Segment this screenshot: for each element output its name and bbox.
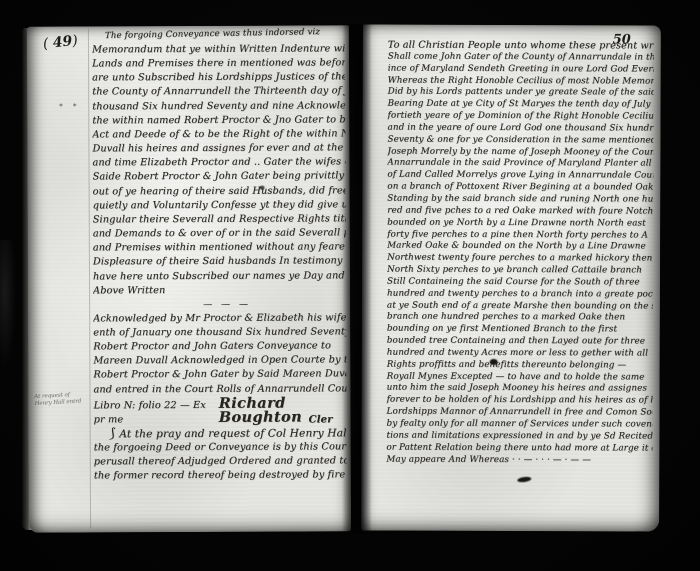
manuscript-line: Duvall his heires and assignes for ever … [92, 141, 345, 156]
ink-blot [260, 186, 265, 190]
manuscript-line: perusall thereof Adjudged Ordered and gr… [94, 454, 347, 469]
manuscript-line: Joseph Morrely by the name of Joseph Moo… [387, 146, 653, 159]
manuscript-line: forty five perches to a pine then North … [387, 229, 653, 242]
manuscript-line: Still Containeing the said Course for th… [387, 276, 653, 289]
manuscript-line: Act and Deede of & to be the Right of th… [92, 127, 345, 142]
manuscript-line: are unto Subscribed his Lordshipps Justi… [92, 71, 345, 86]
acknowledgment-paragraph: Acknowledged by Mr Proctor & Elizabeth h… [93, 311, 346, 397]
manuscript-line: bounded tree Containeing and then Layed … [387, 336, 653, 349]
manuscript-line: fortieth yeare of ye Dominion of the Rig… [388, 111, 654, 124]
manuscript-line: the within named Robert Proctor & Jno Ga… [92, 113, 345, 128]
manuscript-line: the forgoeing Deed or Conveyance is by t… [94, 440, 347, 455]
manuscript-line: bounded on ye North by a Line Drawne nor… [387, 217, 653, 230]
ink-marks: * * [59, 102, 80, 110]
manuscript-line: Memorandum that ye within Written Indent… [92, 42, 345, 57]
manuscript-line: To all Christian People unto whome these… [388, 40, 654, 53]
manuscript-line: out of ye hearing of theire said Husband… [93, 184, 346, 199]
left-page-text: Memorandum that ye within Written Indent… [92, 42, 347, 483]
microfilm-scan: 49 The forgoing Conveyance was thus indo… [0, 0, 700, 571]
manuscript-line: forever to be holden of his Lordshipp an… [387, 395, 653, 408]
manuscript-line: the former record thereof being destroye… [94, 469, 347, 484]
manuscript-line: Royall Mynes Excepted — to have and to h… [387, 371, 653, 384]
ink-blot [490, 359, 498, 365]
manuscript-line: Robert Proctor & John Gater by Said Mare… [93, 368, 346, 383]
manuscript-line: at ye South end of a greate Marshe then … [387, 300, 653, 313]
manuscript-line: At the pray and request of Col Henry Hal… [94, 426, 347, 441]
ink-blot [517, 476, 532, 483]
manuscript-line: unto him the said Joseph Mooney his heir… [387, 383, 653, 396]
right-page: 50 To all Christian People unto whome th… [361, 24, 661, 531]
manuscript-line: May appeare And Whereas · · — · · · — · … [386, 454, 652, 467]
manuscript-line: Robert Proctor and John Gaters Conveyanc… [93, 339, 346, 354]
manuscript-line: Acknowledged by Mr Proctor & Elizabeth h… [93, 311, 346, 326]
paragraph-flourish: — — — [93, 297, 346, 312]
margin-rule [88, 28, 91, 528]
manuscript-line: Mareen Duvall Acknowledged in Open Court… [93, 354, 346, 369]
manuscript-line: thousand Six hundred Seventy and nine Ac… [92, 99, 345, 114]
manuscript-line: bounding on ye first Mentioned Branch to… [387, 324, 653, 337]
manuscript-line: Marked Oake & bounded on the North by a … [387, 241, 653, 254]
manuscript-line: Displeasure of theire Said husbands In t… [93, 255, 346, 270]
manuscript-line: Lordshipps Mannor of Annarrundell in fre… [387, 407, 653, 420]
manuscript-line: hundred and twenty Acres more or less to… [387, 348, 653, 361]
manuscript-line: on a branch of Pottoxent River Begining … [387, 182, 653, 195]
manuscript-line: North Sixty perches to ye branch called … [387, 265, 653, 278]
manuscript-line: and Premises within mentioned without an… [93, 241, 346, 256]
right-page-text: To all Christian People unto whome these… [386, 40, 653, 467]
libro-folio-reference: Libro N: folio 22 — Ex pr me [94, 399, 213, 428]
folio-number-left: 49 [42, 33, 78, 53]
manuscript-line: hundred and twenty perches to a branch i… [387, 288, 653, 301]
manuscript-line: or Pattent Relation being there unto had… [386, 442, 652, 455]
manuscript-line: Shall come John Gater of the County of A… [388, 51, 654, 64]
manuscript-line: and time Elizabeth Proctor and .. Gater … [92, 156, 345, 171]
margin-note: At request of Henry Hall entrd [34, 391, 87, 407]
manuscript-line: quietly and Voluntarily Confesse yt they… [93, 198, 346, 213]
manuscript-line: Standing by the said branch side and run… [387, 194, 653, 207]
left-page: 49 The forgoing Conveyance was thus indo… [27, 25, 351, 532]
memorandum-paragraph: Memorandum that ye within Written Indent… [92, 42, 346, 298]
manuscript-line: the County of Annarrundell the Thirteent… [92, 85, 345, 100]
manuscript-line: Northwest twenty foure perches to a mark… [387, 253, 653, 266]
manuscript-line: red and five pches to a red Oake marked … [387, 205, 653, 218]
manuscript-line: have here unto Subscribed our names ye D… [93, 269, 346, 284]
manuscript-line: enth of January one thousand Six hundred… [93, 325, 346, 340]
manuscript-line: Singular theire Severall and Respective … [93, 212, 346, 227]
manuscript-line: Rights proffitts and benefitts thereunto… [387, 359, 653, 372]
manuscript-line: Annarrundale in the said Province of Mar… [387, 158, 653, 171]
manuscript-line: Bearing Date at ye City of St Maryes the… [388, 99, 654, 112]
clerk-attestation-line: Libro N: folio 22 — Ex pr me Richard Bou… [94, 396, 347, 414]
manuscript-line: Whereas the Right Honoble Cecilius of mo… [388, 75, 654, 88]
manuscript-line: by fealty only for all manner of Service… [386, 419, 652, 432]
manuscript-line: Lands and Premises there in mentioned wa… [92, 56, 345, 71]
court-order-paragraph: At the pray and request of Col Henry Hal… [94, 426, 347, 484]
manuscript-line: Saide Robert Proctor & John Gater being … [93, 170, 346, 185]
manuscript-line: ince of Maryland Sendeth Greeting in our… [388, 63, 654, 76]
manuscript-line: Did by his Lords pattents under ye great… [388, 87, 654, 100]
film-smudge [0, 240, 16, 370]
manuscript-line: branch one hundred perches to a marked O… [387, 312, 653, 325]
manuscript-line: and Demands to & over of or in the said … [93, 226, 346, 241]
manuscript-line: Seventy & one for ye Consideration in th… [387, 134, 653, 147]
manuscript-line: Above Written [93, 283, 346, 298]
manuscript-line: and in the yeare of oure Lord God one th… [388, 122, 654, 135]
manuscript-line: tions and limitations expressioned in an… [386, 430, 652, 443]
manuscript-line: of Land Called Morrelys grove Lying in A… [387, 170, 653, 183]
page-heading: The forgoing Conveyance was thus indorse… [105, 27, 349, 41]
